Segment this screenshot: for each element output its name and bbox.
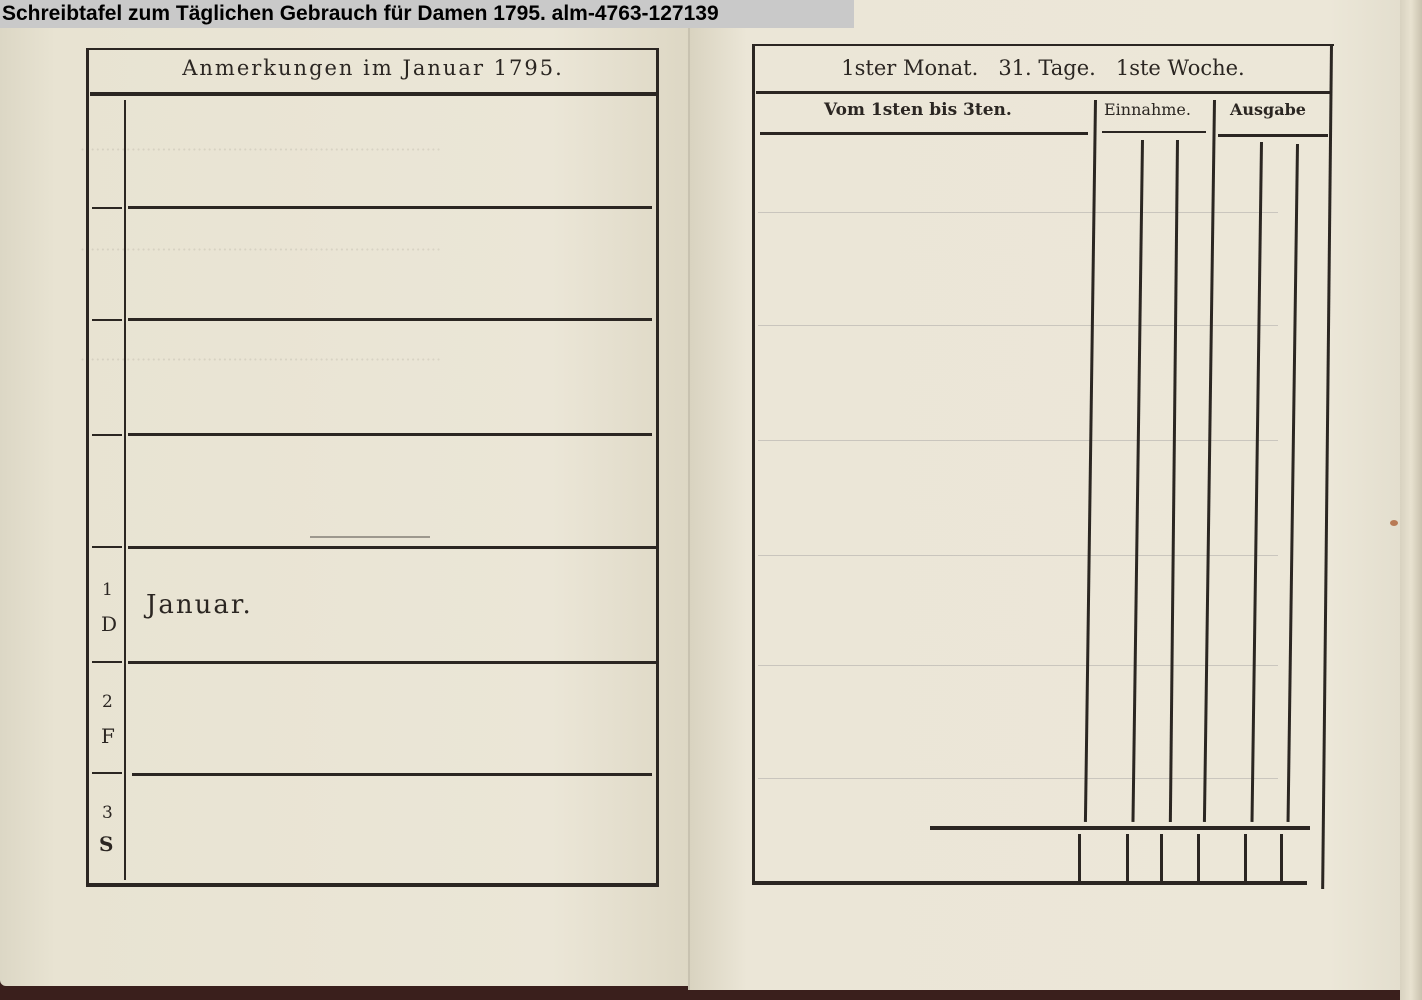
column-header-period: Vom 1sten bis 3ten. bbox=[824, 100, 1012, 120]
day-weekday: F bbox=[101, 724, 115, 748]
document-caption: Schreibtafel zum Täglichen Gebrauch für … bbox=[0, 0, 854, 28]
month-label: Januar. bbox=[146, 590, 253, 620]
left-page-header: Anmerkungen im Januar 1795. bbox=[90, 56, 656, 80]
right-page: 1ster Monat. 31. Tage. 1ste Woche. Vom 1… bbox=[690, 0, 1400, 990]
day-weekday: D bbox=[101, 612, 117, 636]
column-header-expense: Ausgabe bbox=[1230, 100, 1306, 119]
page-edge bbox=[1400, 0, 1422, 1000]
column-header-income: Einnahme. bbox=[1104, 100, 1191, 119]
day-number: 2 bbox=[102, 692, 113, 712]
day-number: 1 bbox=[102, 580, 113, 600]
day-weekday: S bbox=[99, 832, 113, 856]
left-page: ········································… bbox=[0, 0, 690, 986]
right-page-header: 1ster Monat. 31. Tage. 1ste Woche. bbox=[756, 56, 1330, 80]
day-number: 3 bbox=[102, 803, 113, 823]
